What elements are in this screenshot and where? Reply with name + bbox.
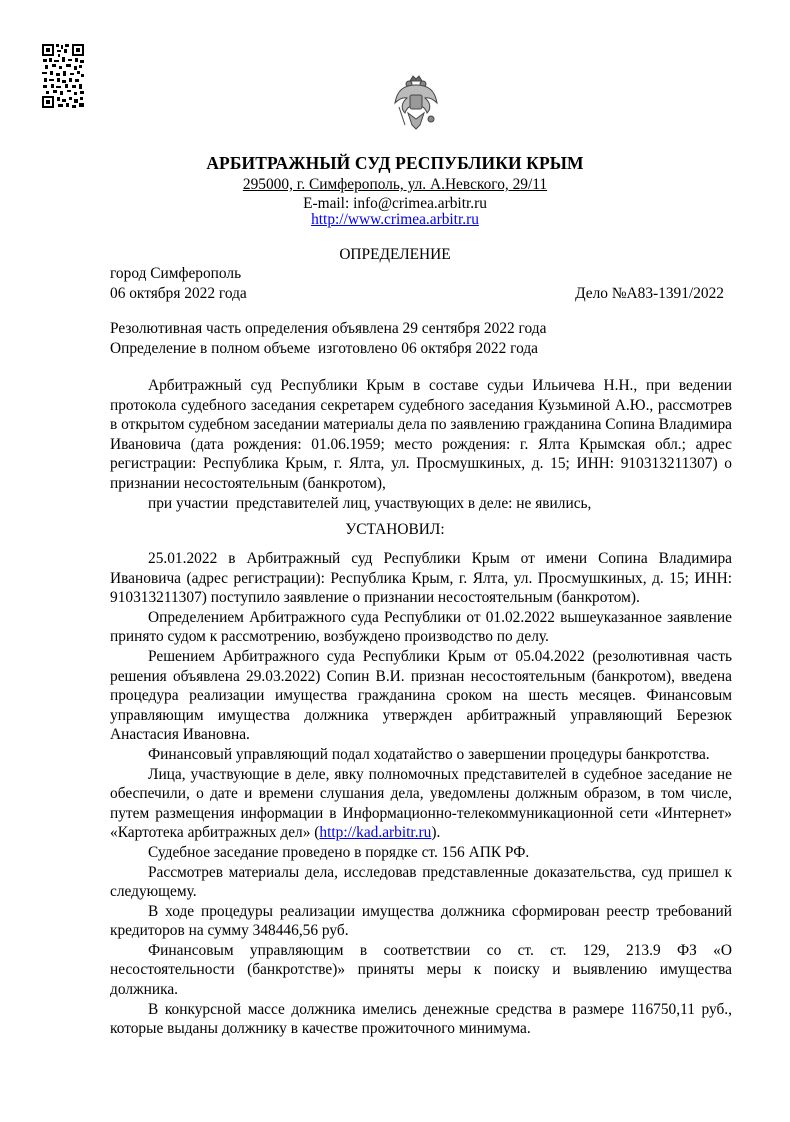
- case-number: Дело №А83-1391/2022: [575, 285, 724, 303]
- body-paragraph: Финансовый управляющий подал ходатайство…: [110, 745, 732, 765]
- kad-arbitr-link[interactable]: http://kad.arbitr.ru: [319, 824, 431, 841]
- body-paragraph: Лица, участвующие в деле, явку полномочн…: [110, 765, 732, 843]
- established-heading: УСТАНОВИЛ:: [0, 521, 790, 539]
- court-address: 295000, г. Симферополь, ул. А.Невского, …: [0, 176, 790, 194]
- qr-code-icon: [41, 43, 85, 109]
- notice-text-end: ).: [431, 824, 440, 841]
- full-text-made: Определение в полном объеме изготовлено …: [110, 340, 538, 358]
- body-paragraph: Финансовым управляющим в соответствии со…: [110, 941, 732, 1000]
- resolution-announced: Резолютивная часть определения объявлена…: [110, 320, 546, 338]
- body-paragraph: В ходе процедуры реализации имущества до…: [110, 902, 732, 941]
- court-website-line: http://www.crimea.arbitr.ru: [0, 211, 790, 229]
- document-date: 06 октября 2022 года: [110, 285, 247, 303]
- intro-paragraph: Арбитражный суд Республики Крым в состав…: [110, 376, 732, 494]
- established-section: 25.01.2022 в Арбитражный суд Республики …: [110, 549, 732, 1039]
- court-website-link[interactable]: http://www.crimea.arbitr.ru: [311, 211, 479, 228]
- body-paragraph: Рассмотрев материалы дела, исследовав пр…: [110, 863, 732, 902]
- body-paragraph: 25.01.2022 в Арбитражный суд Республики …: [110, 549, 732, 608]
- body-paragraph: Судебное заседание проведено в порядке с…: [110, 843, 732, 863]
- intro-section: Арбитражный суд Республики Крым в состав…: [110, 376, 732, 513]
- russian-coat-of-arms-icon: [393, 73, 439, 133]
- document-city: город Симферополь: [110, 265, 241, 283]
- body-paragraph: В конкурсной массе должника имелись дене…: [110, 1000, 732, 1039]
- body-paragraph: Решением Арбитражного суда Республики Кр…: [110, 647, 732, 745]
- court-name: АРБИТРАЖНЫЙ СУД РЕСПУБЛИКИ КРЫМ: [0, 153, 790, 174]
- participants-paragraph: при участии представителей лиц, участвую…: [110, 494, 732, 514]
- document-type: ОПРЕДЕЛЕНИЕ: [0, 246, 790, 264]
- body-paragraph: Определением Арбитражного суда Республик…: [110, 608, 732, 647]
